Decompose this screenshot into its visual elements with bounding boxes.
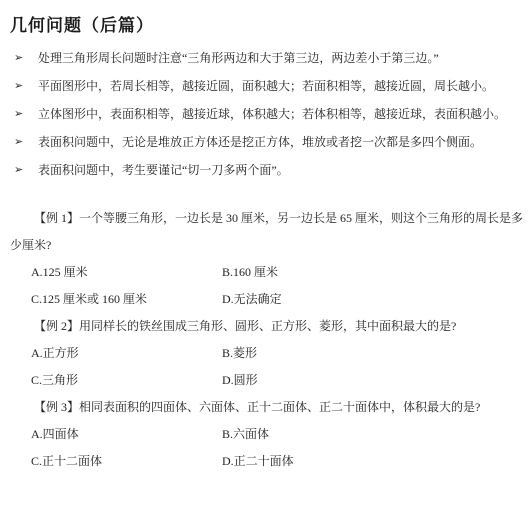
example-3-question: 【例 3】相同表面积的四面体、六面体、正十二面体、正二十面体中，体积最大的是? bbox=[10, 394, 524, 421]
option-b: B.160 厘米 bbox=[222, 259, 524, 286]
example-1-options-row-2: C.125 厘米或 160 厘米 D.无法确定 bbox=[10, 286, 524, 313]
option-a: A.四面体 bbox=[31, 421, 222, 448]
option-b: B.六面体 bbox=[222, 421, 524, 448]
note-text: 表面积问题中，考生要谨记“切一刀多两个面”。 bbox=[38, 156, 524, 184]
document-page: 几何问题（后篇） ➢ 处理三角形周长问题时注意“三角形两边和大于第三边，两边差小… bbox=[0, 0, 532, 512]
example-2-options-row-2: C.三角形 D.圆形 bbox=[10, 367, 524, 394]
example-3-options-row-1: A.四面体 B.六面体 bbox=[10, 421, 524, 448]
example-3-options-row-2: C.正十二面体 D.正二十面体 bbox=[10, 448, 524, 475]
bullet-arrow-icon: ➢ bbox=[14, 156, 38, 184]
examples-section: 【例 1】一个等腰三角形，一边长是 30 厘米，另一边长是 65 厘米，则这个三… bbox=[10, 205, 524, 475]
example-1-options-row-1: A.125 厘米 B.160 厘米 bbox=[10, 259, 524, 286]
example-2: 【例 2】用同样长的铁丝围成三角形、圆形、正方形、菱形，其中面积最大的是? A.… bbox=[10, 313, 524, 394]
notes-list: ➢ 处理三角形周长问题时注意“三角形两边和大于第三边，两边差小于第三边。” ➢ … bbox=[10, 44, 524, 184]
note-text: 处理三角形周长问题时注意“三角形两边和大于第三边，两边差小于第三边。” bbox=[38, 44, 524, 72]
list-item: ➢ 立体图形中，表面积相等，越接近球，体积越大；若体积相等，越接近球，表面积越小… bbox=[14, 100, 524, 128]
note-text: 立体图形中，表面积相等，越接近球，体积越大；若体积相等，越接近球，表面积越小。 bbox=[38, 100, 524, 128]
option-d: D.圆形 bbox=[222, 367, 524, 394]
example-1: 【例 1】一个等腰三角形，一边长是 30 厘米，另一边长是 65 厘米，则这个三… bbox=[10, 205, 524, 313]
example-2-options-row-1: A.正方形 B.菱形 bbox=[10, 340, 524, 367]
bullet-arrow-icon: ➢ bbox=[14, 72, 38, 100]
page-title: 几何问题（后篇） bbox=[10, 14, 524, 38]
example-2-question: 【例 2】用同样长的铁丝围成三角形、圆形、正方形、菱形，其中面积最大的是? bbox=[10, 313, 524, 340]
option-d: D.正二十面体 bbox=[222, 448, 524, 475]
list-item: ➢ 表面积问题中，无论是堆放正方体还是挖正方体，堆放或者挖一次都是多四个侧面。 bbox=[14, 128, 524, 156]
option-b: B.菱形 bbox=[222, 340, 524, 367]
bullet-arrow-icon: ➢ bbox=[14, 100, 38, 128]
option-c: C.正十二面体 bbox=[31, 448, 222, 475]
option-d: D.无法确定 bbox=[222, 286, 524, 313]
note-text: 平面图形中，若周长相等，越接近圆，面积越大；若面积相等，越接近圆，周长越小。 bbox=[38, 72, 524, 100]
note-text: 表面积问题中，无论是堆放正方体还是挖正方体，堆放或者挖一次都是多四个侧面。 bbox=[38, 128, 524, 156]
option-c: C.三角形 bbox=[31, 367, 222, 394]
list-item: ➢ 表面积问题中，考生要谨记“切一刀多两个面”。 bbox=[14, 156, 524, 184]
list-item: ➢ 处理三角形周长问题时注意“三角形两边和大于第三边，两边差小于第三边。” bbox=[14, 44, 524, 72]
option-a: A.125 厘米 bbox=[31, 259, 222, 286]
list-item: ➢ 平面图形中，若周长相等，越接近圆，面积越大；若面积相等，越接近圆，周长越小。 bbox=[14, 72, 524, 100]
bullet-arrow-icon: ➢ bbox=[14, 44, 38, 72]
option-c: C.125 厘米或 160 厘米 bbox=[31, 286, 222, 313]
example-3: 【例 3】相同表面积的四面体、六面体、正十二面体、正二十面体中，体积最大的是? … bbox=[10, 394, 524, 475]
option-a: A.正方形 bbox=[31, 340, 222, 367]
example-1-question: 【例 1】一个等腰三角形，一边长是 30 厘米，另一边长是 65 厘米，则这个三… bbox=[10, 205, 524, 259]
bullet-arrow-icon: ➢ bbox=[14, 128, 38, 156]
